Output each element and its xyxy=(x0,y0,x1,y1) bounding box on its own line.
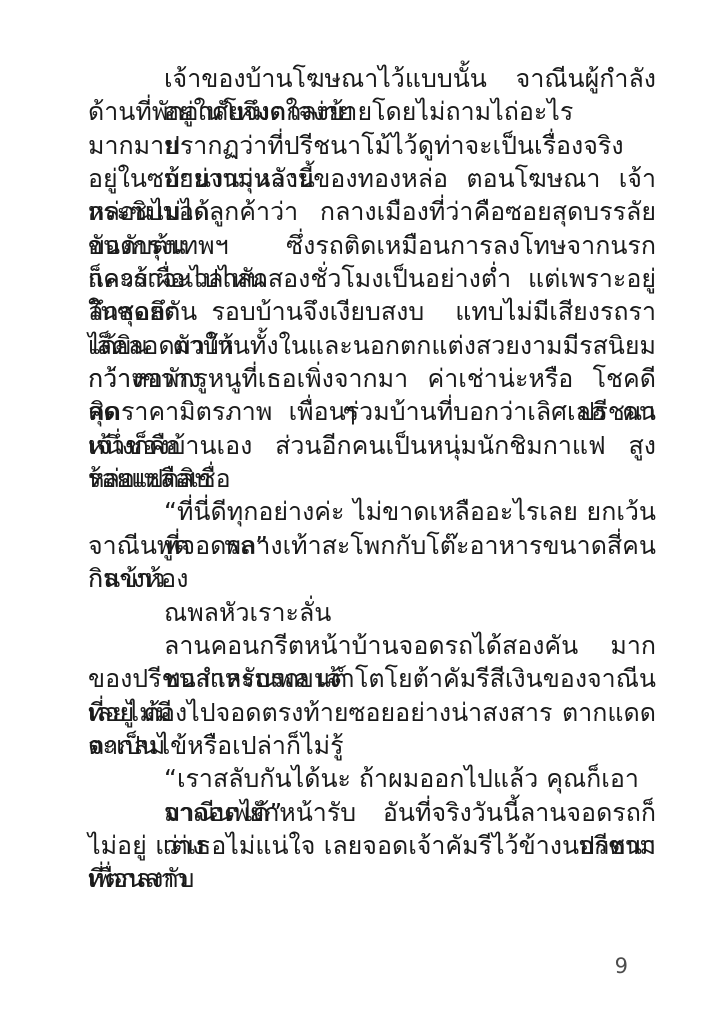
text-line: เพื่อนสาว xyxy=(88,862,656,895)
text-line: ด้านที่พักอาศัยจึงตกลงย้ายโดยไม่ถามไถ่อะ… xyxy=(88,95,656,128)
text-line: ที่อยู่ ต้องไปจอดตรงท้ายซอยอย่างน่าสงสาร… xyxy=(88,696,656,729)
text-line: ไม่อยู่ แต่เธอไม่แน่ใจ เลยจอดเจ้าคัมรีไว… xyxy=(88,829,656,862)
text-line: ก็ควรเผื่อเวลาสักสองชั่วโมงเป็นอย่างต่ำ … xyxy=(88,262,656,295)
text-line: หล่อเหลือเชื่อ xyxy=(88,462,656,495)
text-line: ได้ยิน ตัวบ้านทั้งในและนอกตกแต่งสวยงามมี… xyxy=(88,329,656,362)
page-number: 9 xyxy=(615,956,628,977)
text-line: ลึกสุดลึก รอบบ้านจึงเงียบสงบ แทบไม่มีเสี… xyxy=(88,295,656,328)
text-line: ลานคอนกรีตหน้าบ้านจอดรถได้สองคัน มากพอสำ… xyxy=(88,629,656,662)
text-line: กระซิบบอกลูกค้าว่า กลางเมืองที่ว่าคือซอย… xyxy=(88,195,656,228)
text-line: ของปรีชนาและณพล เจ้าโตโยต้าคัมรีสีเงินขอ… xyxy=(88,662,656,695)
text-line: จาณีนพูด พลางเท้าสะโพกกับโต๊ะอาหารขนาดสี… xyxy=(88,529,656,562)
text-line: จะเป็นไข้หรือเปล่าก็ไม่รู้ xyxy=(88,729,656,762)
body-text: เจ้าของบ้านโฆษณาไว้แบบนั้น จาณีนผู้กำลัง… xyxy=(88,62,656,896)
text-line: “ที่นี่ดีทุกอย่างค่ะ ไม่ขาดเหลืออะไรเลย … xyxy=(88,495,656,528)
text-line: “เราสลับกันได้นะ ถ้าผมออกไปแล้ว คุณก็เอา… xyxy=(88,762,656,795)
text-line: คิดราคามิตรภาพ เพื่อนร่วมบ้านที่บอกว่าเล… xyxy=(88,395,656,428)
text-line: อยู่ในซอยย่านวุ่นวายของทองหล่อ ตอนโฆษณา … xyxy=(88,162,656,195)
text-line: ของกรุงเทพฯ ซึ่งรถติดเหมือนการลงโทษจากนร… xyxy=(88,229,656,262)
text-line: จาณีนพยักหน้ารับ อันที่จริงวันนี้ลานจอดร… xyxy=(88,796,656,829)
book-page: เจ้าของบ้านโฆษณาไว้แบบนั้น จาณีนผู้กำลัง… xyxy=(0,0,711,1024)
text-line: เจ้าของบ้านโฆษณาไว้แบบนั้น จาณีนผู้กำลัง… xyxy=(88,62,656,95)
text-line: กว่าหอพักรูหนูที่เธอเพิ่งจากมา ค่าเช่าน่… xyxy=(88,362,656,395)
text-line: ปรากฏว่าที่ปรีชนาโม้ไว้ดูท่าจะเป็นเรื่อง… xyxy=(88,129,656,162)
text-line: เจ้าของบ้านเอง ส่วนอีกคนเป็นหนุ่มนักชิมก… xyxy=(88,429,656,462)
text-line: ณพลหัวเราะลั่น xyxy=(88,596,656,629)
